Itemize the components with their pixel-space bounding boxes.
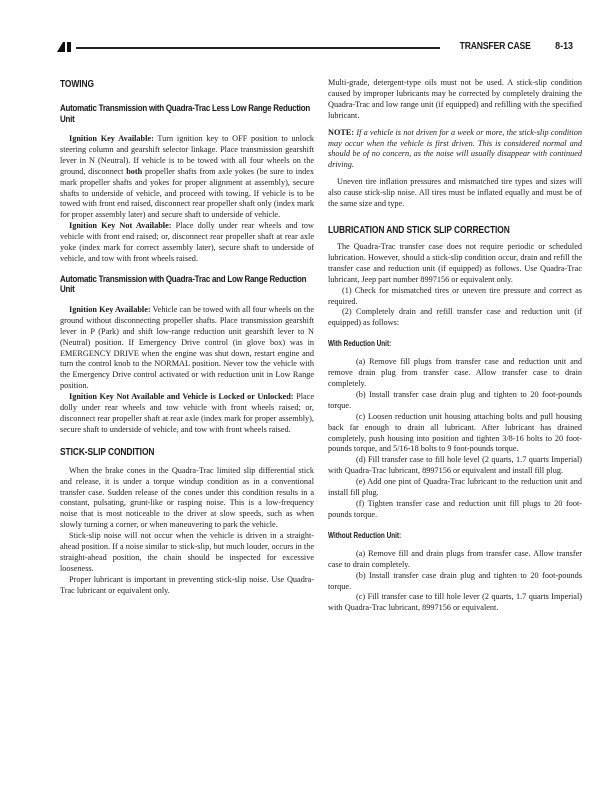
header-rule bbox=[76, 47, 440, 49]
without-step-b: (b) Install transfer case drain plug and… bbox=[328, 571, 582, 593]
subheading-less-low-range: Automatic Transmission with Quadra-Trac … bbox=[60, 104, 313, 125]
without-reduction-unit-heading: Without Reduction Unit: bbox=[328, 531, 531, 541]
continued-paragraph: Multi-grade, detergent-type oils must no… bbox=[328, 78, 582, 122]
paragraph-key-available-2: Ignition Key Available: Vehicle can be t… bbox=[60, 305, 314, 392]
with-step-e: (e) Add one pint of Quadra-Trac lubrican… bbox=[328, 477, 582, 499]
right-column: Multi-grade, detergent-type oils must no… bbox=[328, 78, 582, 614]
section-title: TRANSFER CASE bbox=[460, 40, 531, 52]
paragraph-key-not-available-1: Ignition Key Not Available: Place dolly … bbox=[60, 221, 314, 265]
with-step-f: (f) Tighten transfer case and reduction … bbox=[328, 499, 582, 521]
paragraph-key-not-available-2: Ignition Key Not Available and Vehicle i… bbox=[60, 392, 314, 436]
lubrication-heading: LUBRICATION AND STICK SLIP CORRECTION bbox=[328, 224, 531, 236]
left-column: TOWING Automatic Transmission with Quadr… bbox=[60, 78, 314, 597]
stick-slip-paragraph-3: Proper lubricant is important in prevent… bbox=[60, 575, 314, 597]
step-2: (2) Completely drain and refill transfer… bbox=[328, 307, 582, 329]
with-reduction-unit-heading: With Reduction Unit: bbox=[328, 339, 531, 349]
with-step-b: (b) Install transfer case drain plug and… bbox=[328, 390, 582, 412]
with-step-a: (a) Remove fill plugs from transfer case… bbox=[328, 357, 582, 390]
with-step-d: (d) Fill transfer case to fill hole leve… bbox=[328, 455, 582, 477]
without-step-a: (a) Remove fill and drain plugs from tra… bbox=[328, 549, 582, 571]
tire-paragraph: Uneven tire inflation pressures and mism… bbox=[328, 177, 582, 210]
lubrication-paragraph: The Quadra-Trac transfer case does not r… bbox=[328, 242, 582, 286]
with-step-c: (c) Loosen reduction unit housing attach… bbox=[328, 412, 582, 456]
jeep-logo-icon bbox=[57, 42, 72, 52]
stick-slip-heading: STICK-SLIP CONDITION bbox=[60, 446, 263, 458]
stick-slip-paragraph-1: When the brake cones in the Quadra-Trac … bbox=[60, 466, 314, 531]
step-1: (1) Check for mismatched tires or uneven… bbox=[328, 286, 582, 308]
towing-heading: TOWING bbox=[60, 78, 263, 90]
page-number: 8-13 bbox=[555, 40, 573, 52]
paragraph-key-available-1: Ignition Key Available: Turn ignition ke… bbox=[60, 134, 314, 221]
stick-slip-paragraph-2: Stick-slip noise will not occur when the… bbox=[60, 531, 314, 575]
note-paragraph: NOTE: If a vehicle is not driven for a w… bbox=[328, 128, 582, 172]
subheading-with-low-range: Automatic Transmission with Quadra-Trac … bbox=[60, 275, 313, 296]
page-header: TRANSFER CASE 8-13 bbox=[57, 40, 573, 54]
without-step-c: (c) Fill transfer case to fill hole leve… bbox=[328, 592, 582, 614]
